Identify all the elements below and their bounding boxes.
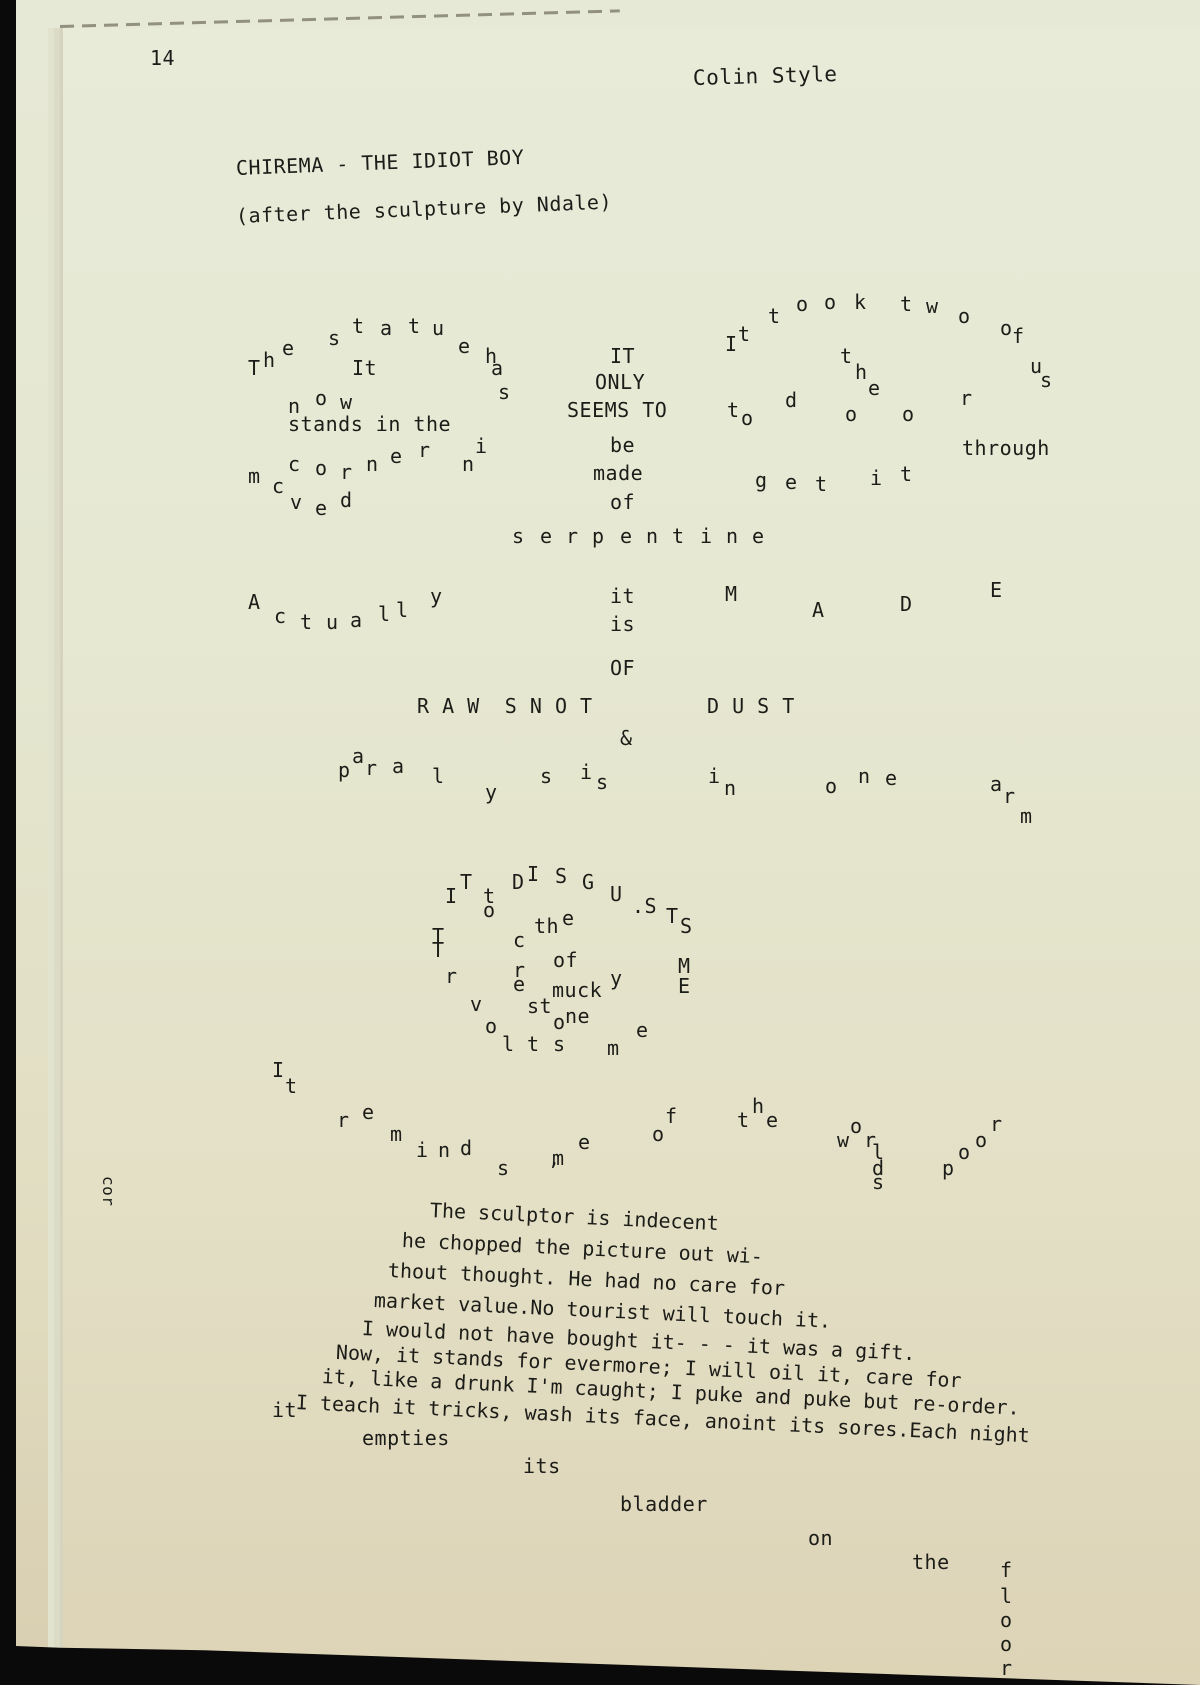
poem-glyph: muck: [552, 980, 602, 1000]
page-number: 14: [150, 48, 175, 68]
poem-glyph: o: [825, 776, 838, 796]
poem-glyph: M: [725, 584, 738, 604]
poem-glyph: t: [768, 306, 781, 326]
poem-glyph: n: [724, 778, 737, 798]
poem-glyph: o: [958, 1142, 971, 1162]
poem-glyph: a: [392, 756, 405, 776]
poem-glyph: c: [513, 930, 526, 950]
poem-glyph: l: [378, 604, 391, 624]
poem-glyph: r: [365, 758, 378, 778]
poem-glyph: e: [578, 1132, 591, 1152]
poem-line: ONLY: [595, 372, 645, 392]
poem-glyph: s: [512, 526, 525, 546]
poem-glyph: t: [815, 474, 828, 494]
poem-glyph: o: [1000, 318, 1013, 338]
poem-glyph: r: [566, 526, 579, 546]
margin-word-it: it: [272, 1400, 297, 1420]
poem-glyph: o: [315, 388, 328, 408]
poem-glyph: n: [726, 526, 739, 546]
poem-glyph: a: [352, 746, 365, 766]
poem-glyph: .S: [632, 896, 657, 916]
poem-glyph: t: [900, 464, 913, 484]
ampersand: &: [620, 728, 633, 748]
poem-glyph: c: [274, 606, 287, 626]
poem-line: of: [610, 492, 635, 512]
poem-glyph: i: [580, 762, 593, 782]
poem-glyph: t: [900, 294, 913, 314]
poem-glyph: s: [328, 328, 341, 348]
poem-word: on: [808, 1528, 833, 1548]
poem-glyph: r: [960, 388, 973, 408]
poem-line: made: [593, 463, 643, 483]
poem-glyph: e: [315, 498, 328, 518]
poem-glyph: T: [666, 906, 679, 926]
poem-glyph: o: [845, 404, 858, 424]
poem-glyph: s: [553, 1034, 566, 1054]
poem-glyph: w: [837, 1130, 850, 1150]
poem-glyph: o: [741, 408, 754, 428]
poem-glyph: c: [288, 454, 301, 474]
poem-glyph: t: [672, 526, 685, 546]
poem-glyph: n: [462, 454, 475, 474]
poem-glyph: o: [1000, 1610, 1013, 1630]
poem-glyph: I: [725, 334, 738, 354]
poem-glyph: t: [352, 316, 365, 336]
poem-glyph: e: [752, 526, 765, 546]
author-name: Colin Style: [693, 64, 838, 89]
poem-glyph: o: [796, 294, 809, 314]
poem-glyph: h: [263, 350, 276, 370]
poem-line: be: [610, 435, 635, 455]
poem-glyph: i: [708, 766, 721, 786]
poem-glyph: a: [380, 318, 393, 338]
poem-glyph: u: [326, 612, 339, 632]
poem-glyph: d: [340, 490, 353, 510]
poem-glyph: I: [272, 1060, 285, 1080]
poem-glyph: st: [527, 996, 552, 1016]
poem-glyph: i: [700, 526, 713, 546]
poem-glyph: w: [926, 296, 939, 316]
poem-glyph: i: [870, 468, 883, 488]
poem-glyph: D: [900, 594, 913, 614]
poem-glyph: k: [854, 292, 867, 312]
poem-glyph: v: [470, 994, 483, 1014]
poem-glyph: t: [527, 1034, 540, 1054]
poem-glyph: t: [408, 316, 421, 336]
poem-glyph: r: [1003, 786, 1016, 806]
poem-glyph: f: [1012, 326, 1025, 346]
poem-glyph: n: [366, 454, 379, 474]
poem-glyph: d: [460, 1138, 473, 1158]
poem-glyph: e: [636, 1020, 649, 1040]
poem-line: SEEMS TO: [567, 400, 667, 420]
poem-glyph: r: [340, 462, 353, 482]
poem-glyph: through: [962, 438, 1050, 458]
poem-line: it: [610, 586, 635, 606]
poem-glyph: o: [824, 292, 837, 312]
poem-word: the: [912, 1552, 950, 1572]
poem-glyph: o: [553, 1012, 566, 1032]
poem-glyph: e: [785, 472, 798, 492]
poem-glyph: e: [282, 338, 295, 358]
poem-glyph: l: [396, 600, 409, 620]
poem-glyph: o: [483, 900, 496, 920]
poem-glyph: e: [362, 1102, 375, 1122]
poem-glyph: p: [942, 1158, 955, 1178]
poem-glyph: s: [872, 1172, 885, 1192]
poem-glyph: A: [248, 592, 261, 612]
words-raw-snot: R A W S N O T: [417, 696, 593, 716]
poem-glyph: of: [553, 950, 578, 970]
poem-glyph: E: [990, 580, 1003, 600]
poem-glyph: ne: [565, 1006, 590, 1026]
poem-glyph: i: [416, 1140, 429, 1160]
poem-glyph: h: [752, 1096, 765, 1116]
poem-glyph: h: [855, 362, 868, 382]
poem-glyph: e: [390, 446, 403, 466]
poem-glyph: o: [315, 458, 328, 478]
poem-glyph: A: [812, 600, 825, 620]
word-dust: D U S T: [707, 696, 795, 716]
poem-glyph: o: [485, 1016, 498, 1036]
poem-glyph: n: [858, 766, 871, 786]
poem-glyph: t: [285, 1076, 298, 1096]
poem-glyph: m: [1020, 806, 1033, 826]
poem-glyph: t: [737, 1110, 750, 1130]
poem-glyph: m: [390, 1124, 403, 1144]
poem-glyph: r: [990, 1114, 1003, 1134]
poem-glyph: It: [352, 358, 377, 378]
poem-word: empties: [362, 1428, 450, 1448]
poem-glyph: S: [555, 866, 568, 886]
poem-glyph: a: [491, 358, 504, 378]
poem-glyph: s: [497, 1158, 510, 1178]
poem-glyph: T: [248, 358, 261, 378]
poem-glyph: d: [785, 390, 798, 410]
poem-glyph: p: [338, 760, 351, 780]
poem-glyph: o: [652, 1124, 665, 1144]
poem-glyph: t: [727, 400, 740, 420]
poem-line: IT: [610, 346, 635, 366]
poem-glyph: o: [1000, 1634, 1013, 1654]
poem-glyph: s: [1040, 370, 1053, 390]
poem-glyph: s: [498, 382, 511, 402]
poem-glyph: s: [596, 772, 609, 792]
poem-glyph: o: [902, 404, 915, 424]
poem-glyph: e: [885, 768, 898, 788]
poem-glyph: th: [534, 916, 559, 936]
poem-glyph: a: [990, 774, 1003, 794]
poem-glyph: e: [766, 1110, 779, 1130]
poem-glyph: a: [350, 610, 363, 630]
poem-glyph: M: [678, 956, 691, 976]
poem-glyph: e: [458, 336, 471, 356]
poem-glyph: e: [562, 908, 575, 928]
poem-glyph: w: [340, 392, 353, 412]
poem-glyph: p: [592, 526, 605, 546]
poem-glyph: l: [432, 766, 445, 786]
poem-glyph: c: [272, 476, 285, 496]
poem-glyph: t: [738, 324, 751, 344]
poem-glyph: o: [958, 306, 971, 326]
poem-glyph: t: [840, 346, 853, 366]
poem-glyph: e: [868, 378, 881, 398]
poem-glyph: e: [620, 526, 633, 546]
poem-glyph: u: [432, 318, 445, 338]
poem-glyph: g: [755, 470, 768, 490]
poem-glyph: D: [512, 872, 525, 892]
poem-glyph: y: [610, 968, 623, 988]
poem-glyph: n: [646, 526, 659, 546]
poem-glyph: r: [337, 1110, 350, 1130]
poem-word: its: [523, 1456, 561, 1476]
poem-glyph: stands in the: [288, 414, 451, 434]
poem-word: bladder: [620, 1494, 708, 1514]
poem-glyph: I: [445, 886, 458, 906]
poem-glyph: s: [540, 766, 553, 786]
poem-glyph: f: [665, 1106, 678, 1126]
poem-glyph: n: [438, 1140, 451, 1160]
margin-note: cor: [100, 1176, 116, 1206]
poem-glyph: m: [552, 1148, 565, 1168]
poem-glyph: t: [300, 612, 313, 632]
poem-glyph: y: [485, 782, 498, 802]
poem-glyph: e: [540, 526, 553, 546]
poem-glyph: o: [850, 1116, 863, 1136]
poem-glyph: v: [290, 492, 303, 512]
poem-glyph: m: [248, 466, 261, 486]
poem-glyph: S: [680, 916, 693, 936]
poem-line: OF: [610, 658, 635, 678]
poem-glyph: T: [460, 872, 473, 892]
poem-glyph: l: [1000, 1586, 1013, 1606]
poem-glyph: I: [527, 864, 540, 884]
poem-glyph: U: [610, 884, 623, 904]
poem-glyph: l: [502, 1034, 515, 1054]
poem-glyph: G: [582, 872, 595, 892]
poem-glyph: T: [432, 940, 445, 960]
poem-glyph: r: [418, 440, 431, 460]
poem-glyph: r: [1000, 1658, 1013, 1678]
poem-glyph: E: [678, 976, 691, 996]
poem-glyph: e: [513, 974, 526, 994]
poem-glyph: o: [975, 1130, 988, 1150]
poem-line: is: [610, 614, 635, 634]
poem-glyph: r: [445, 966, 458, 986]
poem-glyph: i: [475, 436, 488, 456]
poem-glyph: m: [607, 1038, 620, 1058]
poem-glyph: y: [430, 586, 443, 606]
poem-glyph: f: [1000, 1560, 1013, 1580]
